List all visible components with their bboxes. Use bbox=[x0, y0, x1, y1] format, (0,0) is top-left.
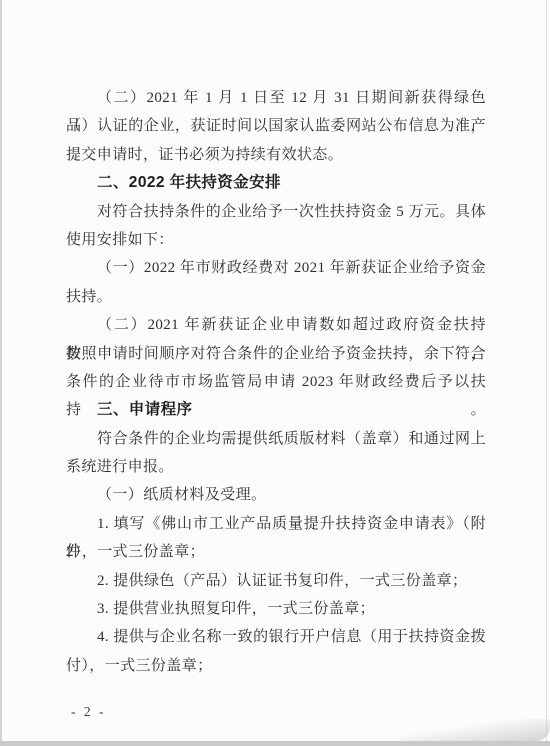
text-line: 付），一式三份盖章； bbox=[66, 652, 486, 680]
text-line: 符合条件的企业均需提供纸质版材料（盖章）和通过网上 bbox=[66, 425, 486, 453]
scan-corner-shadow bbox=[400, 719, 550, 741]
text-line: 品）认证的企业，获证时间以国家认监委网站公布信息为准， bbox=[66, 112, 486, 140]
text-line: （二）2021 年 1 月 1 日至 12 月 31 日期间新获得绿色（产 bbox=[66, 84, 486, 112]
text-line: 按照申请时间顺序对符合条件的企业给予资金扶持，余下符合 bbox=[66, 340, 486, 368]
text-line: 1. 填写《佛山市工业产品质量提升扶持资金申请表》（附件 bbox=[66, 510, 486, 538]
text-line: 4. 提供与企业名称一致的银行开户信息（用于扶持资金拨 bbox=[66, 623, 486, 651]
text-line: 条件的企业待市市场监管局申请 2023 年财政经费后予以扶持。 bbox=[66, 368, 486, 396]
scan-edge-bottom bbox=[0, 741, 550, 746]
text-line: 2），一式三份盖章； bbox=[66, 538, 486, 566]
text-line: （一）纸质材料及受理。 bbox=[66, 481, 486, 509]
text-line: 系统进行申报。 bbox=[66, 453, 486, 481]
page-number: - 2 - bbox=[71, 704, 106, 720]
text-line: 2. 提供绿色（产品）认证证书复印件，一式三份盖章； bbox=[66, 567, 486, 595]
scan-edge-left bbox=[0, 0, 2, 746]
text-line: 对符合扶持条件的企业给予一次性扶持资金 5 万元。具体 bbox=[66, 198, 486, 226]
document-body: （二）2021 年 1 月 1 日至 12 月 31 日期间新获得绿色（产品）认… bbox=[66, 84, 486, 680]
scanned-document-screenshot: { "page": { "number_label": "- 2 -" }, "… bbox=[0, 0, 550, 746]
text-line: 提交申请时，证书必须为持续有效状态。 bbox=[66, 141, 486, 169]
text-line: （二）2021 年新获证企业申请数如超过政府资金扶持数， bbox=[66, 311, 486, 339]
section-heading: 二、2022 年扶持资金安排 bbox=[66, 169, 486, 197]
scan-edge-right bbox=[546, 0, 547, 746]
text-line: 扶持。 bbox=[66, 283, 486, 311]
text-line: （一）2022 年市财政经费对 2021 年新获证企业给予资金 bbox=[66, 254, 486, 282]
text-line: 3. 提供营业执照复印件，一式三份盖章； bbox=[66, 595, 486, 623]
text-line: 使用安排如下： bbox=[66, 226, 486, 254]
document-page: （二）2021 年 1 月 1 日至 12 月 31 日期间新获得绿色（产品）认… bbox=[0, 0, 550, 746]
